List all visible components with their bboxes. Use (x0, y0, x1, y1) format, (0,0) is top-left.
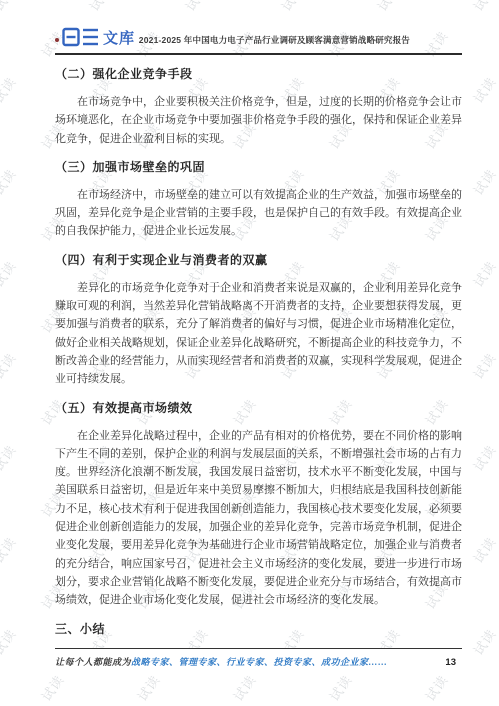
footer-slogan: 让每个人都能成为战略专家、管理专家、行业专家、投资专家、成功企业家…… (55, 655, 388, 668)
ee-boxed-logo-icon (62, 26, 100, 48)
footer-slogan-prefix: 让每个人都能成为 (55, 657, 131, 667)
paragraph: 在市场经济中，市场壁垒的建立可以有效提高企业的生产效益，加强市场壁垒的巩固，差异… (55, 186, 462, 241)
section-heading: （三）加强市场壁垒的巩固 (55, 161, 462, 174)
watermark-text: 试读 (324, 671, 356, 705)
logo-dot-icon (55, 38, 59, 42)
section-summary: 三、小结 除了有清晰的企业经营发展战略外，决定企业经营成败的一个极其重要的问题，… (55, 623, 462, 646)
watermark-text: 试读 (132, 671, 164, 705)
watermark-text: 试读 (36, 671, 68, 705)
section-market-performance: （五）有效提高市场绩效 在企业差异化战略过程中，企业的产品有相对的价格优势，要在… (55, 402, 462, 610)
paragraph: 差异化的市场竞争化竞争对于企业和消费者来说是双赢的，企业利用差异化竞争赚取可观的… (55, 279, 462, 389)
watermark-text: 试读 (228, 671, 260, 705)
paragraph: 在市场竞争中，企业要积极关注价格竞争，但是，过度的长期的价格竞争会让市场环境恶化… (55, 93, 462, 148)
section-heading: 三、小结 (55, 623, 462, 636)
document-title: 2021-2025 年中国电力电子产品行业调研及顾客满意营销战略研究报告 (139, 34, 410, 48)
section-heading: （五）有效提高市场绩效 (55, 402, 462, 415)
page-number: 13 (445, 657, 456, 668)
page-footer: 让每个人都能成为战略专家、管理专家、行业专家、投资专家、成功企业家…… 13 (55, 648, 462, 668)
logo-brand-text: 文库 (103, 27, 135, 48)
page-header: 文库 2021-2025 年中国电力电子产品行业调研及顾客满意营销战略研究报告 (55, 26, 462, 55)
brand-logo: 文库 (55, 26, 135, 48)
section-heading: （二）强化企业竞争手段 (55, 68, 462, 81)
section-strengthen-competition: （二）强化企业竞争手段 在市场竞争中，企业要积极关注价格竞争，但是，过度的长期的… (55, 68, 462, 148)
page-content: 文库 2021-2025 年中国电力电子产品行业调研及顾客满意营销战略研究报告 … (0, 0, 499, 646)
paragraph: 在企业差异化战略过程中，企业的产品有相对的价格优势，要在不同价格的影响下产生不同… (55, 427, 462, 610)
section-win-win: （四）有利于实现企业与消费者的双赢 差异化的市场竞争化竞争对于企业和消费者来说是… (55, 254, 462, 389)
footer-slogan-highlight: 战略专家、管理专家、行业专家、投资专家、成功企业家…… (131, 657, 388, 667)
document-page: 试读试读试读试读试读试读试读试读试读试读试读试读试读试读试读试读试读试读试读试读… (0, 0, 499, 706)
section-market-barriers: （三）加强市场壁垒的巩固 在市场经济中，市场壁垒的建立可以有效提高企业的生产效益… (55, 161, 462, 241)
watermark-text: 试读 (420, 671, 452, 705)
section-heading: （四）有利于实现企业与消费者的双赢 (55, 254, 462, 267)
